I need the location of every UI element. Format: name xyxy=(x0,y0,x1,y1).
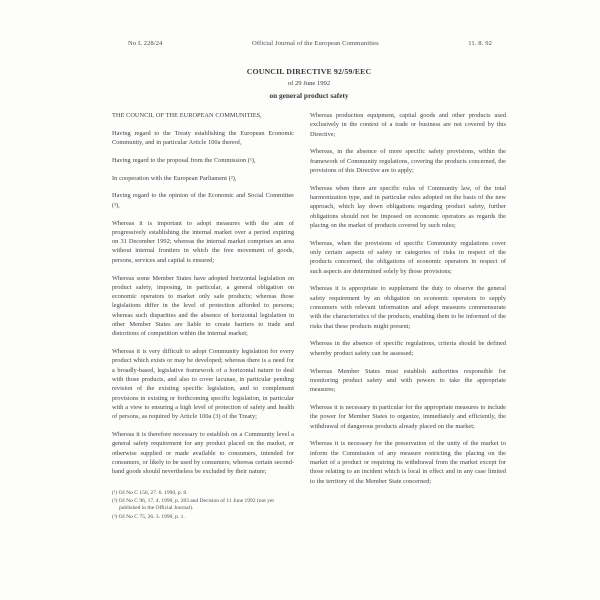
directive-title-block: COUNCIL DIRECTIVE 92/59/EEC of 29 June 1… xyxy=(112,67,506,100)
recital-paragraph: Whereas it is therefore necessary to est… xyxy=(112,430,294,476)
directive-title: COUNCIL DIRECTIVE 92/59/EEC xyxy=(112,67,506,76)
recital-paragraph: Whereas it is very difficult to adopt Co… xyxy=(112,347,294,421)
recital-paragraph: Whereas it is necessary for the preserva… xyxy=(310,439,506,485)
scanned-document-page: No L 228/24 Official Journal of the Euro… xyxy=(0,0,600,600)
citation-paragraph: Having regard to the opinion of the Econ… xyxy=(112,191,294,210)
footnotes-block: (¹) OJ No C 156, 27. 6. 1990, p. 8. (²) … xyxy=(112,490,288,522)
recital-paragraph: Whereas it is important to adopt measure… xyxy=(112,219,294,265)
recital-paragraph: Whereas some Member States have adopted … xyxy=(112,274,294,339)
text-columns: THE COUNCIL OF THE EUROPEAN COMMUNITIES,… xyxy=(112,111,506,523)
header-date-ref: 11. 8. 92 xyxy=(468,40,492,47)
left-column: THE COUNCIL OF THE EUROPEAN COMMUNITIES,… xyxy=(112,111,294,523)
citation-paragraph: Having regard to the Treaty establishing… xyxy=(112,129,294,148)
page-content: No L 228/24 Official Journal of the Euro… xyxy=(112,40,506,523)
footnote: (¹) OJ No C 156, 27. 6. 1990, p. 8. xyxy=(112,490,288,497)
recital-paragraph: Whereas in the absence of specific regul… xyxy=(310,339,506,358)
header-document-ref: No L 228/24 xyxy=(128,40,163,47)
recital-paragraph: Whereas when there are specific rules of… xyxy=(310,184,506,230)
directive-date: of 29 June 1992 xyxy=(112,80,506,87)
recital-paragraph: Whereas, in the absence of more specific… xyxy=(310,147,506,175)
directive-subject: on general product safety xyxy=(112,91,506,100)
page-header: No L 228/24 Official Journal of the Euro… xyxy=(112,40,506,47)
recital-paragraph: Whereas production equipment, capital go… xyxy=(310,111,506,139)
header-journal-name: Official Journal of the European Communi… xyxy=(252,40,379,47)
citation-paragraph: Having regard to the proposal from the C… xyxy=(112,156,294,165)
preamble-opening: THE COUNCIL OF THE EUROPEAN COMMUNITIES, xyxy=(112,111,294,120)
recital-paragraph: Whereas it is necessary in particular fo… xyxy=(310,403,506,431)
right-column: Whereas production equipment, capital go… xyxy=(310,111,506,523)
recital-paragraph: Whereas, when the provisions of specific… xyxy=(310,239,506,276)
citation-paragraph: In cooperation with the European Parliam… xyxy=(112,174,294,183)
footnote: (²) OJ No C 96, 17. 4. 1990, p. 283 and … xyxy=(112,498,288,512)
recital-paragraph: Whereas it is appropriate to supplement … xyxy=(310,284,506,330)
recital-paragraph: Whereas Member States must establish aut… xyxy=(310,367,506,395)
footnote: (³) OJ No C 75, 26. 3. 1990, p. 1. xyxy=(112,514,288,521)
